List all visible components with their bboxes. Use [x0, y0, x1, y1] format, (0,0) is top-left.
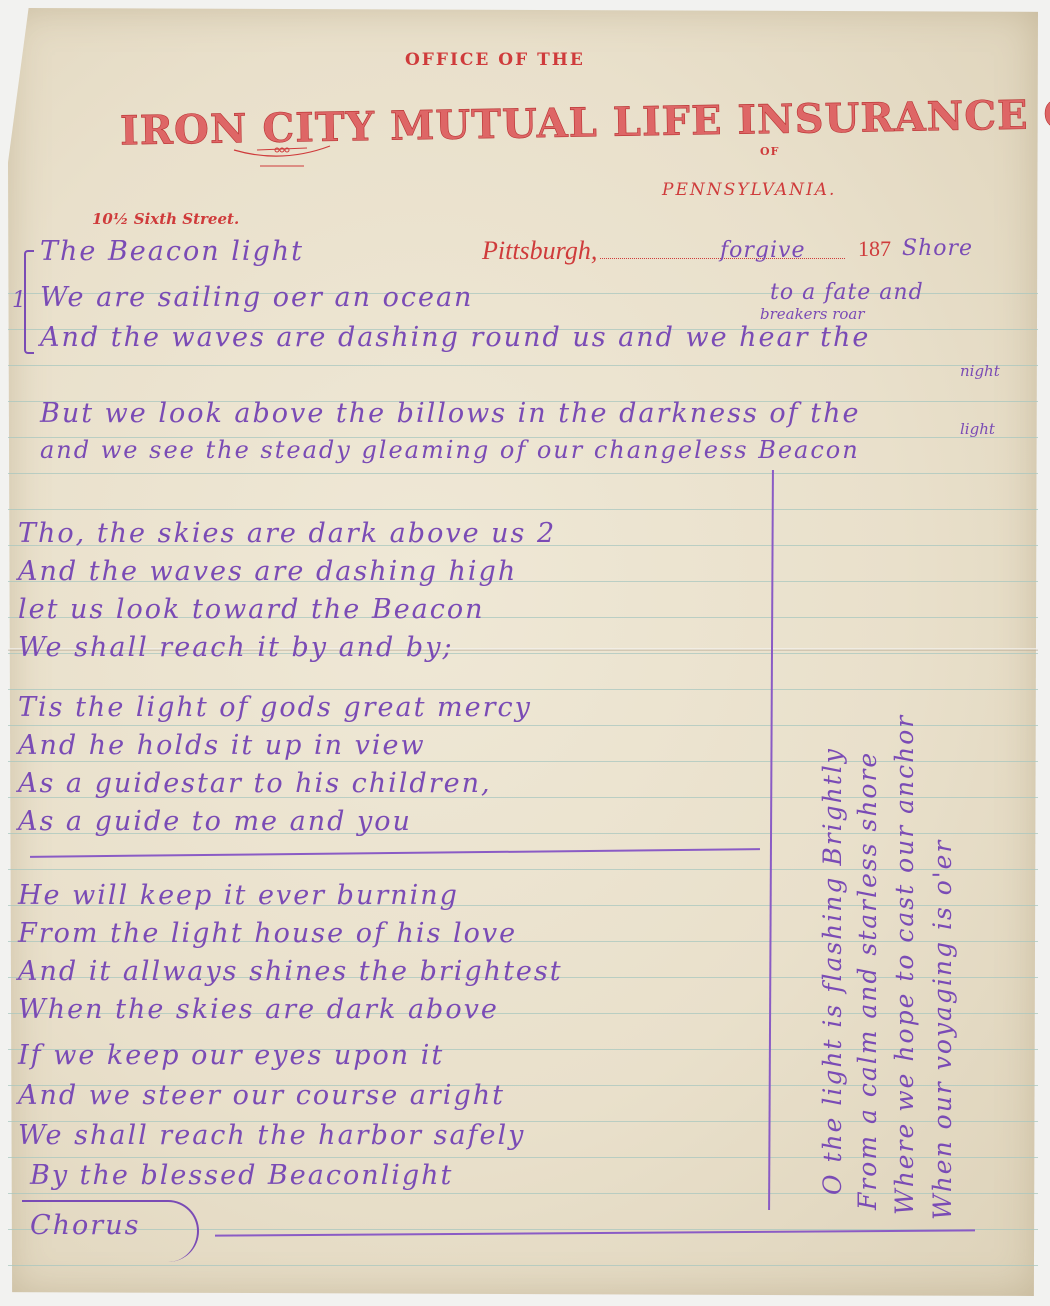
- song-title: The Beacon light: [40, 236, 304, 267]
- letterhead-city: Pittsburgh,: [482, 236, 597, 266]
- verse2-line: Tho, the skies are dark above us 2: [18, 518, 556, 549]
- verse1-line: We are sailing oer an ocean: [40, 282, 473, 313]
- verse3-line: And we steer our course aright: [18, 1080, 505, 1111]
- date-handwritten: forgive: [720, 238, 805, 263]
- verse2-line: And the waves are dashing high: [18, 556, 517, 587]
- verse1-line: And the waves are dashing round us and w…: [40, 322, 870, 353]
- chorus-vertical-line: From a calm and starless shore: [853, 751, 882, 1210]
- verse2-line: And he holds it up in view: [18, 730, 426, 761]
- verse3-line: By the blessed Beaconlight: [30, 1160, 453, 1191]
- verse2-line: let us look toward the Beacon: [18, 594, 485, 625]
- verse1-insertion: to a fate and: [770, 280, 924, 305]
- letterhead-year: 187: [858, 236, 891, 262]
- letterhead-office-of: OFFICE OF THE: [405, 50, 585, 70]
- chorus-vertical-line: Where we hope to cast our anchor: [890, 714, 919, 1215]
- chorus-label: Chorus: [30, 1210, 140, 1241]
- verse3-line: He will keep it ever burning: [18, 880, 459, 911]
- verse2-line: As a guide to me and you: [18, 806, 412, 837]
- verse2-line: As a guidestar to his children,: [18, 768, 492, 799]
- header-right-word: Shore: [902, 236, 973, 261]
- letterhead-address: 10½ Sixth Street.: [92, 210, 239, 228]
- letterhead-ornament-icon: [232, 142, 332, 172]
- verse1-line: But we look above the billows in the dar…: [40, 398, 860, 429]
- verse1-insertion: night: [960, 362, 1000, 380]
- verse3-line: If we keep our eyes upon it: [18, 1040, 444, 1071]
- letterhead-state: PENNSYLVANIA.: [662, 180, 836, 200]
- verse1-insertion: light: [960, 420, 995, 438]
- verse3-line: When the skies are dark above: [18, 994, 499, 1025]
- verse-number: 1: [12, 288, 27, 313]
- verse2-line: We shall reach it by and by;: [18, 632, 454, 663]
- verse3-line: We shall reach the harbor safely: [18, 1120, 525, 1151]
- chorus-vertical-line: When our voyaging is o'er: [928, 839, 957, 1220]
- verse3-line: And it allways shines the brightest: [18, 956, 563, 987]
- chorus-vertical-line: O the light is flashing Brightly: [818, 747, 847, 1195]
- verse2-line: Tis the light of gods great mercy: [18, 692, 532, 723]
- verse3-line: From the light house of his love: [18, 918, 517, 949]
- verse1-line: and we see the steady gleaming of our ch…: [40, 436, 860, 464]
- verse1-insertion: breakers roar: [760, 305, 865, 323]
- letterhead-of: OF: [760, 145, 779, 158]
